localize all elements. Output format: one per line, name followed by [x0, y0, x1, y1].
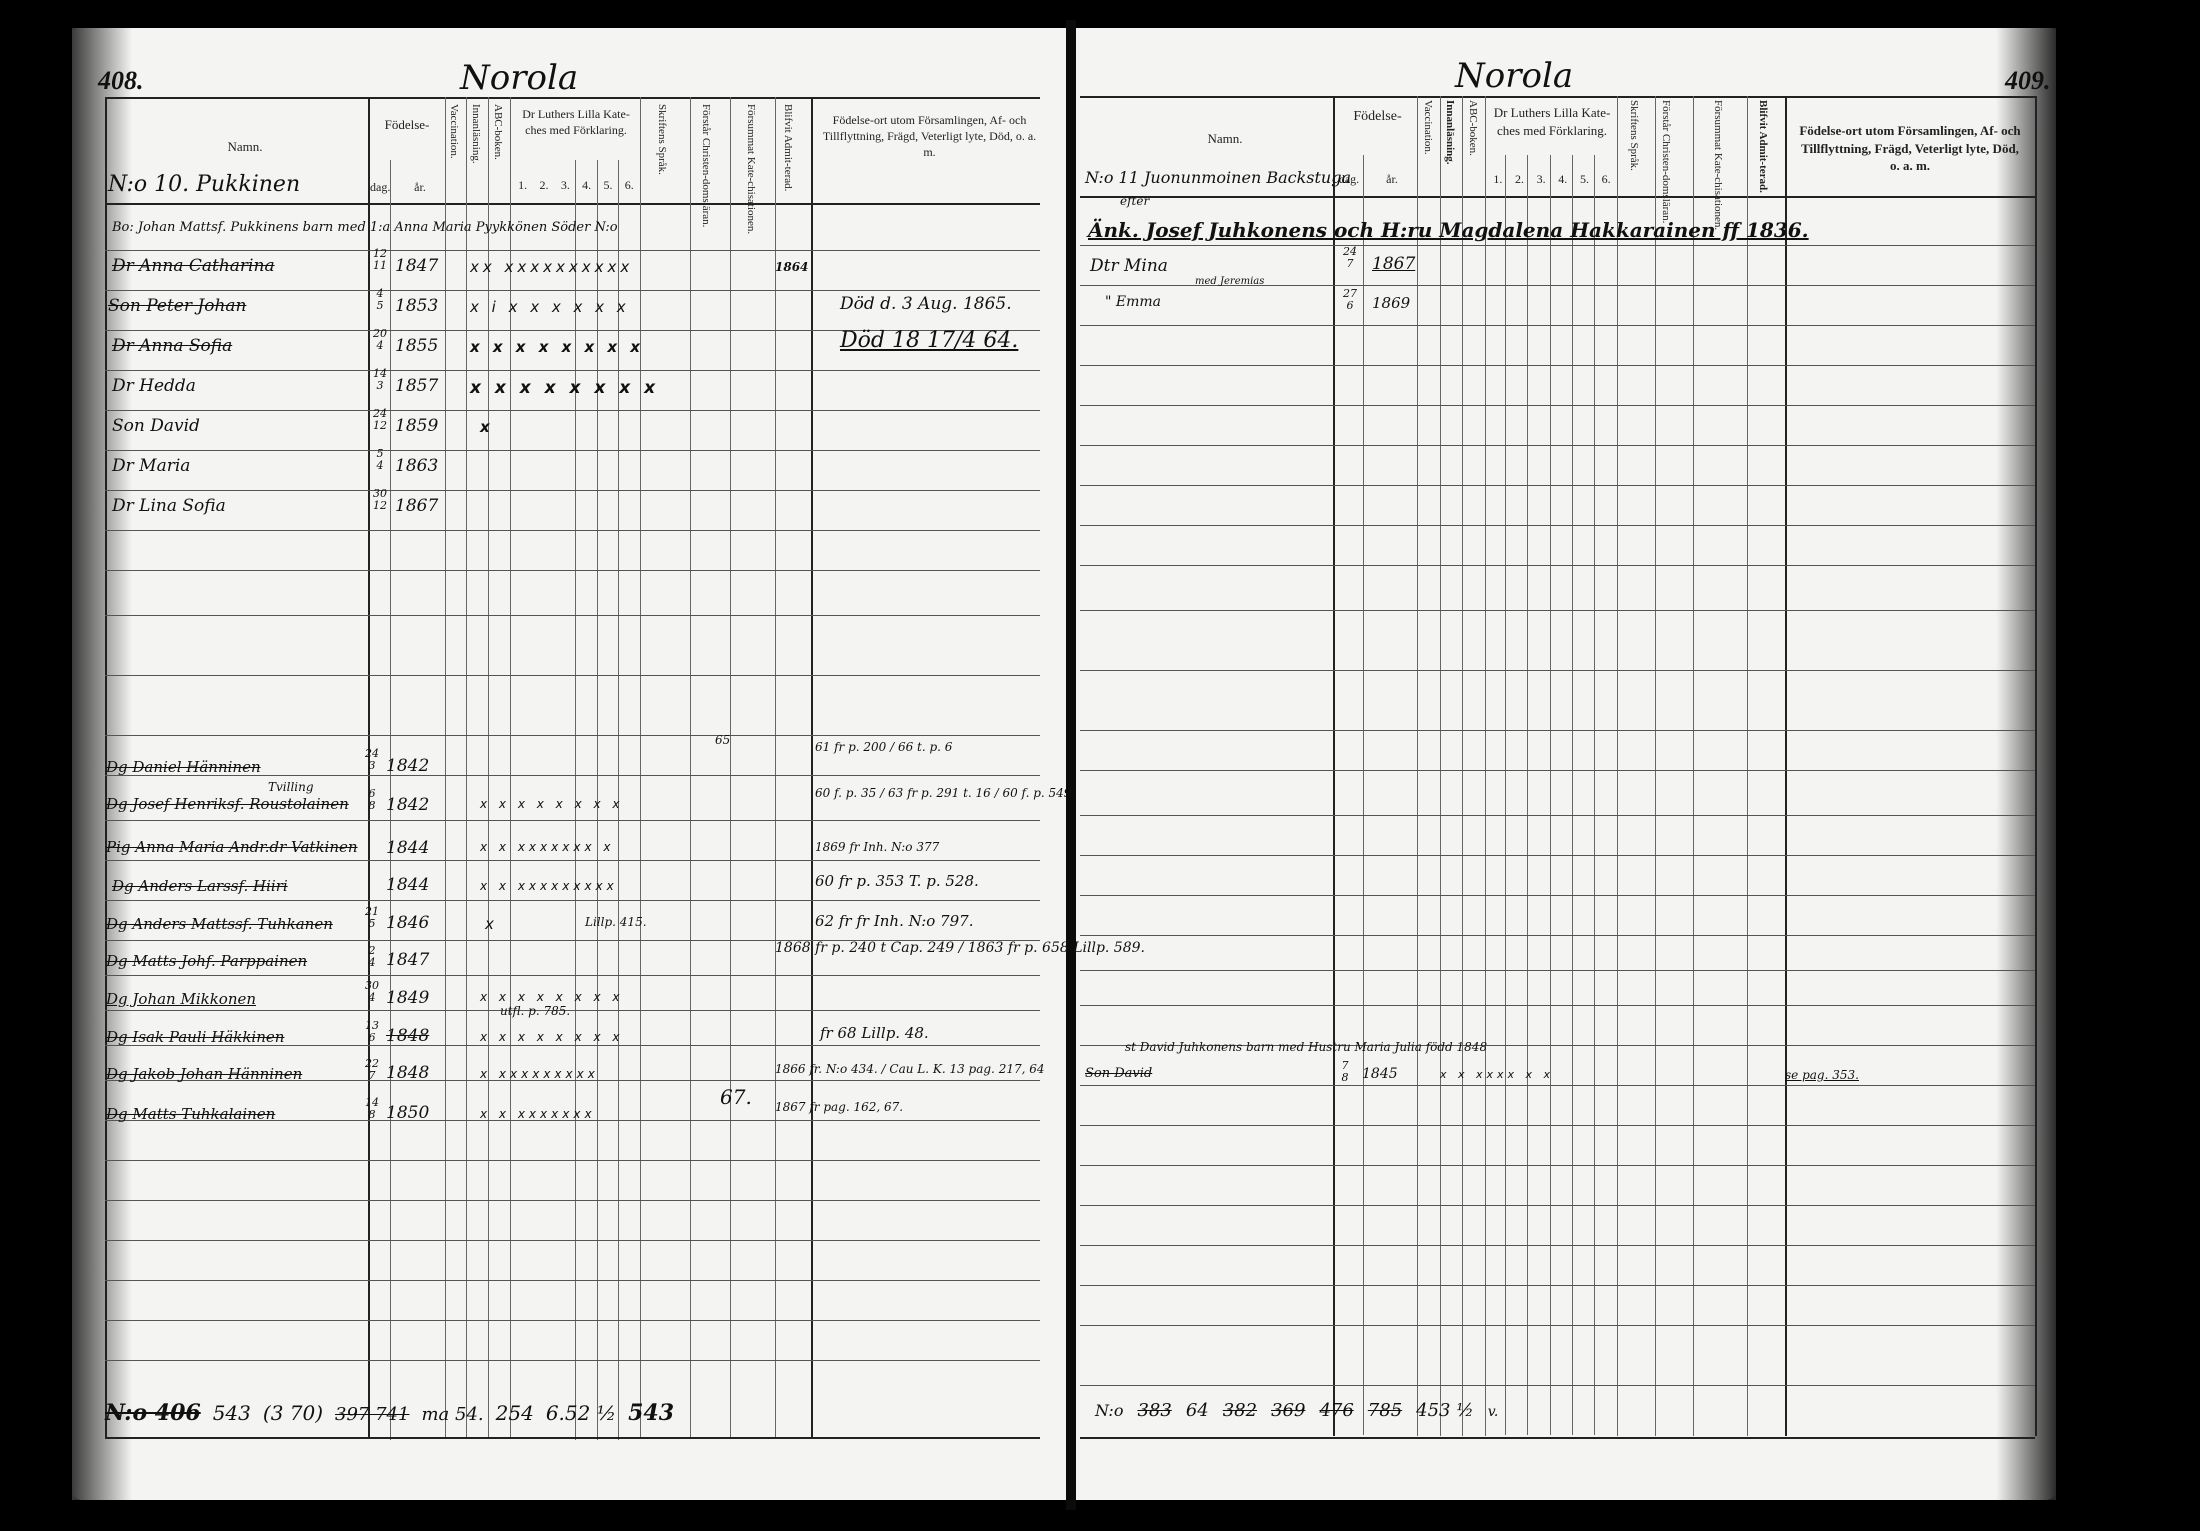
left-footer-rule	[105, 1437, 1040, 1439]
right-row-rule	[1080, 565, 2035, 566]
right-row-rule	[1080, 670, 2035, 671]
person-name: Dg Daniel Hänninen	[106, 758, 261, 776]
book-spine	[1066, 20, 1076, 1510]
right-col-divider-cat6	[1617, 96, 1618, 1436]
right-footer-rule	[1080, 1437, 2035, 1439]
left-row-rule	[105, 450, 1040, 451]
right-header-scripture: Skriftens Språk.	[1628, 100, 1640, 195]
right-row-rule	[1080, 1245, 2035, 1246]
right-page-shadow	[1996, 28, 2056, 1500]
exam-marks: x x xxxxxxx x	[480, 840, 614, 854]
left-row-rule	[105, 860, 1040, 861]
birth-day: 68	[362, 788, 382, 812]
birth-year: 1842	[386, 756, 429, 776]
right-footer-tally: N:o 383 64 382 369 476 785 453 ½ v.	[1095, 1400, 1498, 1421]
right-village-title: Norola	[1455, 56, 1573, 96]
right-cat-part: 1.	[1493, 172, 1502, 187]
tally-value: N:o 406	[105, 1400, 201, 1426]
birth-day: 143	[370, 368, 390, 392]
person-name: Dg Jakob Johan Hänninen	[106, 1065, 302, 1083]
left-cat-part: 5.	[603, 178, 612, 193]
exam-marks: x x x x x x x x	[470, 378, 659, 398]
right-row-rule	[1080, 895, 2035, 896]
tally-value: 543	[213, 1401, 251, 1425]
birth-year: 1844	[386, 875, 429, 895]
birth-day: 304	[362, 980, 382, 1004]
left-header-doctrine: Förstår Christen-domsläran.	[700, 104, 712, 199]
left-header-remarks: Födelse-ort utom Församlingen, Af- och T…	[822, 112, 1037, 161]
right-col-divider-name	[1333, 96, 1335, 1436]
remark: se pag. 353.	[1785, 1068, 1859, 1082]
birth-day: 276	[1340, 288, 1360, 312]
right-row-rule	[1080, 1125, 2035, 1126]
birth-day: 243	[362, 748, 382, 772]
right-row-rule	[1080, 770, 2035, 771]
right-col-divider-reading	[1462, 96, 1463, 1436]
exam-marks: x	[485, 915, 498, 933]
remark: Död d. 3 Aug. 1865.	[840, 294, 1012, 314]
birth-year: 1848	[386, 1063, 429, 1083]
birth-day: 45	[370, 288, 390, 312]
left-header-abc: ABC-boken.	[492, 104, 504, 196]
right-header-reading: Innanläsning.	[1444, 100, 1456, 192]
left-footer-tally: N:o 406 543 (3 70) 397 741 ma 54. 254 6.…	[105, 1400, 674, 1426]
exam-marks: x x xxxxxxxxx	[480, 879, 618, 893]
left-header-name: Namn.	[200, 138, 290, 156]
person-name: Dr Lina Sofia	[112, 496, 226, 516]
birth-year: 1869	[1372, 294, 1410, 312]
remark: 60 fr p. 353 T. p. 528.	[815, 872, 979, 890]
remark: 1868 fr p. 240 t Cap. 249 / 1863 fr p. 6…	[775, 940, 1145, 956]
birth-day: 215	[362, 906, 382, 930]
right-col-divider-neglect	[1747, 96, 1748, 1436]
right-header-name: Namn.	[1180, 130, 1270, 148]
remark: Död 18 17/4 64.	[840, 328, 1018, 353]
remark: 1866 fr. N:o 434. / Cau L. K. 13 pag. 21…	[775, 1062, 1045, 1076]
birth-year: 1845	[1362, 1066, 1398, 1082]
right-row-rule	[1080, 325, 2035, 326]
left-col-divider-cat6	[640, 97, 641, 1437]
exam-marks: x x xxxxxxx	[480, 1107, 596, 1121]
tally-value: (3 70)	[263, 1401, 323, 1425]
person-name: Son David	[112, 416, 200, 436]
left-cat-part: 4.	[582, 178, 591, 193]
right-register-page	[1072, 28, 2056, 1500]
right-row-rule	[1080, 935, 2035, 936]
person-name: Dr Maria	[112, 456, 190, 476]
left-row-rule	[105, 570, 1040, 571]
remark: 1869 fr Inh. N:o 377	[815, 840, 939, 854]
left-row-rule	[105, 900, 1040, 901]
left-col-divider-doctrine	[730, 97, 731, 1437]
left-header-top-rule	[105, 97, 1040, 99]
left-row-rule	[105, 1320, 1040, 1321]
right-row-rule	[1080, 970, 2035, 971]
left-cat-part: 6.	[625, 178, 634, 193]
right-row-rule	[1080, 245, 2035, 246]
birth-year: 1842	[386, 795, 429, 815]
person-name: Dg Johan Mikkonen	[106, 990, 256, 1008]
right-col-divider-cat3	[1550, 155, 1551, 1435]
right-header-admitted: Blifvit Admit-terad.	[1757, 100, 1769, 195]
left-household-head: Bo: Johan Mattsf. Pukkinens barn med 1:a…	[112, 220, 618, 235]
left-row-rule	[105, 675, 1040, 676]
left-col-divider-neglect	[775, 97, 776, 1437]
left-household-title: N:o 10. Pukkinen	[108, 172, 300, 197]
left-row-rule	[105, 410, 1040, 411]
right-catechism-parts: 1. 2. 3. 4. 5. 6.	[1487, 172, 1617, 187]
left-row-rule	[105, 1280, 1040, 1281]
right-col-divider-abc	[1485, 96, 1486, 1436]
birth-year: 1847	[395, 256, 438, 276]
birth-year: 1848	[386, 1026, 429, 1046]
left-cat-part: 1.	[518, 178, 527, 193]
right-header-remarks: Födelse-ort utom Församlingen, Af- och T…	[1795, 122, 2025, 175]
right-col-divider-cat5	[1594, 155, 1595, 1435]
person-name: Dg Anders Mattssf. Tuhkanen	[106, 915, 333, 933]
right-cat-part: 3.	[1537, 172, 1546, 187]
tally-value: 6.52 ½	[546, 1401, 616, 1425]
left-header-neglected: Försummat Kate-chisationen.	[745, 104, 757, 199]
exam-marks: x	[480, 418, 494, 436]
left-row-rule	[105, 1360, 1040, 1361]
left-village-title: Norola	[460, 58, 578, 98]
right-row-rule	[1080, 730, 2035, 731]
person-note: med Jeremias	[1195, 276, 1264, 287]
admitted-year: 1864	[775, 260, 808, 274]
tally-value: 64	[1186, 1400, 1209, 1421]
person-name: Dr Anna Catharina	[112, 256, 275, 276]
exam-marks: x i x x x x x x	[470, 298, 630, 316]
birth-day: 2412	[370, 408, 390, 432]
tally-value: 397 741	[335, 1404, 409, 1425]
tally-value: v.	[1488, 1404, 1499, 1420]
birth-year: 1855	[395, 336, 438, 356]
birth-year: 1847	[386, 950, 429, 970]
left-header-birth: Födelse-	[372, 116, 442, 134]
birth-day: 247	[1340, 246, 1360, 270]
right-header-year: år.	[1372, 172, 1412, 187]
left-col-divider-year	[445, 97, 446, 1437]
exam-marks: x xxxxxxxxx	[480, 1067, 599, 1081]
right-row-rule	[1080, 1085, 2035, 1086]
left-cat-part: 2.	[539, 178, 548, 193]
right-header-top-rule	[1080, 96, 2035, 98]
right-header-birth: Födelse-	[1340, 108, 1415, 127]
right-col-divider-vacc	[1440, 96, 1441, 1436]
right-cat-part: 6.	[1602, 172, 1611, 187]
right-row-rule	[1080, 1285, 2035, 1286]
person-name: Dr Hedda	[112, 376, 196, 396]
right-household-head: Änk. Josef Juhkonens och H:ru Magdalena …	[1088, 218, 1809, 242]
exam-marks: x x x x x x x x	[470, 338, 644, 356]
birth-day: 78	[1335, 1060, 1355, 1084]
left-row-rule	[105, 1240, 1040, 1241]
left-col-divider-vacc	[466, 97, 467, 1437]
birth-year: 1853	[395, 296, 438, 316]
left-header-bottom-rule	[105, 203, 1040, 205]
right-row-rule	[1080, 855, 2035, 856]
left-header-day: dag.	[370, 180, 390, 195]
person-name: Dg Anders Larssf. Hiiri	[112, 877, 288, 895]
right-col-divider-year	[1417, 96, 1418, 1436]
tally-value: 382	[1223, 1400, 1257, 1421]
right-row-rule	[1080, 405, 2035, 406]
tally-value: 453 ½	[1416, 1400, 1474, 1421]
person-name: Dr Anna Sofia	[112, 336, 232, 356]
exam-marks: xx xxxxxxxxxx	[470, 258, 633, 276]
left-row-rule	[105, 530, 1040, 531]
tally-value: 785	[1368, 1400, 1402, 1421]
right-head-note: efter	[1120, 194, 1149, 208]
left-row-rule	[105, 250, 1040, 251]
extra-note: Lillp. 415.	[585, 915, 647, 929]
right-header-catechism: Dr Luthers Lilla Kate-ches med Förklarin…	[1487, 104, 1617, 139]
column-note: 65	[715, 733, 730, 747]
exam-marks: x x x x x x x x	[480, 1030, 624, 1044]
right-row-rule	[1080, 1325, 2035, 1326]
left-row-rule	[105, 735, 1040, 736]
right-page-frame-line	[2035, 96, 2037, 1436]
exam-marks: x x x x x x x x	[480, 797, 624, 811]
birth-year: 1857	[395, 376, 438, 396]
left-row-rule	[105, 820, 1040, 821]
right-cat-part: 2.	[1515, 172, 1524, 187]
margin-note: 67.	[720, 1085, 752, 1109]
tally-value: 254	[496, 1401, 534, 1425]
left-col-divider-scripture	[690, 97, 691, 1437]
right-row-rule	[1080, 365, 2035, 366]
birth-day: 148	[362, 1097, 382, 1121]
right-col-divider-cat1	[1505, 155, 1506, 1435]
person-name: Dg Isak Pauli Häkkinen	[106, 1028, 284, 1046]
left-row-rule	[105, 1010, 1040, 1011]
birth-year: 1863	[395, 456, 438, 476]
remark: 61 fr p. 200 / 66 t. p. 6	[815, 740, 952, 754]
person-name: Dg Josef Henriksf. Roustolainen	[106, 795, 349, 813]
right-row-rule	[1080, 485, 2035, 486]
person-name: Pig Anna Maria Andr.dr Vatkinen	[106, 838, 358, 856]
right-col-divider-doctrine	[1693, 96, 1694, 1436]
remark: 62 fr fr Inh. N:o 797.	[815, 912, 973, 930]
birth-year: 1844	[386, 838, 429, 858]
right-household-title: N:o 11 Juonunmoinen Backstuga	[1085, 168, 1351, 187]
person-name: Dg Matts Tuhkalainen	[106, 1105, 275, 1123]
birth-year: 1867	[395, 496, 438, 516]
birth-day: 1211	[370, 248, 390, 272]
right-cat-part: 4.	[1558, 172, 1567, 187]
left-row-rule	[105, 290, 1040, 291]
tally-value: 383	[1137, 1400, 1171, 1421]
right-row-rule	[1080, 1165, 2035, 1166]
extra-note: utfl. p. 785.	[500, 1004, 570, 1018]
birth-day: 204	[370, 328, 390, 352]
left-catechism-parts: 1. 2. 3. 4. 5. 6.	[512, 178, 640, 193]
tally-value: 543	[628, 1400, 674, 1426]
right-col-divider-cat4	[1572, 155, 1573, 1435]
left-page-number: 408.	[98, 66, 144, 96]
right-header-vaccination: Vaccination.	[1422, 100, 1434, 192]
left-col-divider-admitted	[811, 97, 813, 1437]
person-name: Dg Matts Johf. Parppainen	[106, 952, 307, 970]
right-row-rule	[1080, 445, 2035, 446]
left-row-rule	[105, 615, 1040, 616]
twin-note: Tvilling	[268, 780, 314, 794]
left-row-rule	[105, 1160, 1040, 1161]
right-cat-part: 5.	[1580, 172, 1589, 187]
birth-year: 1850	[386, 1103, 429, 1123]
right-lower-note: st David Juhkonens barn med Hustru Maria…	[1125, 1040, 1487, 1054]
left-header-catechism: Dr Luthers Lilla Kate-ches med Förklarin…	[512, 106, 640, 138]
right-row-rule	[1080, 1005, 2035, 1006]
left-header-scripture: Skriftens Språk.	[656, 104, 668, 199]
birth-year: 1859	[395, 416, 438, 436]
birth-year: 1849	[386, 988, 429, 1008]
right-row-rule	[1080, 1385, 2035, 1386]
right-header-bottom-rule	[1080, 196, 2035, 198]
birth-day: 136	[362, 1020, 382, 1044]
right-page-number: 409.	[2005, 66, 2051, 96]
remark: fr 68 Lillp. 48.	[820, 1024, 929, 1042]
right-row-rule	[1080, 1205, 2035, 1206]
birth-day: 3012	[370, 488, 390, 512]
person-name: Son David	[1085, 1066, 1152, 1081]
remark: 1867 fr pag. 162, 67.	[775, 1100, 903, 1114]
birth-day: 54	[370, 448, 390, 472]
right-header-doctrine: Förstår Christen-domsläran.	[1660, 100, 1672, 195]
left-header-vaccination: Vaccination.	[448, 104, 460, 196]
tally-value: 476	[1319, 1400, 1353, 1421]
left-row-rule	[105, 975, 1040, 976]
right-row-rule	[1080, 610, 2035, 611]
right-row-rule	[1080, 525, 2035, 526]
remark: 60 f. p. 35 / 63 fr p. 291 t. 16 / 60 f.…	[815, 786, 1071, 800]
birth-year: 1846	[386, 913, 429, 933]
left-row-rule	[105, 370, 1040, 371]
left-row-rule	[105, 490, 1040, 491]
person-name: Son Peter Johan	[108, 296, 246, 316]
tally-value: ma 54.	[421, 1404, 483, 1425]
exam-marks: x x x x x x x x	[480, 990, 624, 1004]
right-header-neglected: Försummat Kate-chisationen.	[1712, 100, 1724, 195]
left-header-admitted: Blifvit Admit-terad.	[782, 104, 794, 199]
birth-day: 227	[362, 1058, 382, 1082]
tally-value: N:o	[1095, 1401, 1123, 1420]
exam-marks: x x xxxx x x	[1440, 1068, 1554, 1081]
person-name: " Emma	[1105, 294, 1161, 310]
right-col-divider-cat2	[1527, 155, 1528, 1435]
left-header-reading: Innanläsning.	[470, 104, 482, 196]
right-col-divider-scripture	[1655, 96, 1656, 1436]
birth-day: 24	[362, 945, 382, 969]
tally-value: 369	[1271, 1400, 1305, 1421]
left-cat-part: 3.	[561, 178, 570, 193]
left-header-year: år.	[400, 180, 440, 195]
right-col-divider-admitted	[1785, 96, 1787, 1436]
right-col-divider-day	[1363, 155, 1364, 1435]
right-header-abc: ABC-boken.	[1467, 100, 1479, 192]
right-row-rule	[1080, 815, 2035, 816]
person-name: Dtr Mina	[1090, 256, 1168, 276]
left-row-rule	[105, 1200, 1040, 1201]
birth-year: 1867	[1372, 254, 1415, 274]
